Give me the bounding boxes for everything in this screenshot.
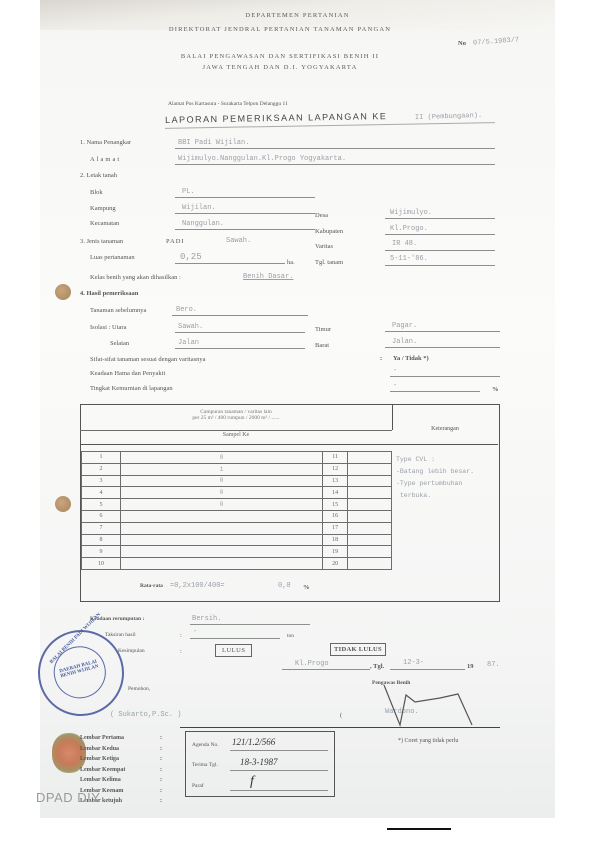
sample-number: 15 — [323, 499, 348, 511]
tidak-lulus-option: TIDAK LULUS — [330, 643, 386, 656]
table-row: 1020 — [82, 558, 392, 570]
sample-value — [121, 558, 323, 570]
address-label: Alamat — [90, 156, 121, 163]
watermark: DPAD DIY — [36, 790, 100, 805]
paraf-label: Paraf — [192, 783, 204, 789]
taksiran-label: Taksiran hasil — [105, 632, 136, 638]
isolasi-utara-value: Sawah. — [178, 323, 203, 331]
sample-value: 0 — [121, 452, 323, 464]
desa-value: Wijimulyo. — [390, 209, 432, 217]
sample-number: 14 — [323, 487, 348, 499]
hama-penyakit-value: - — [393, 367, 397, 375]
kelas-benih-label: Kelas benih yang akan dihasilkan : — [90, 274, 181, 281]
rata-rata-unit: % — [303, 584, 310, 591]
tgl-tanam-label: Tgl. tanam — [315, 259, 343, 266]
tanaman-sebelumnya-value: Bero. — [176, 306, 197, 314]
sample-value — [121, 534, 323, 546]
date-value: 12-3- — [403, 659, 424, 667]
hasil-pemeriksaan-title: 4. Hasil pemeriksaan — [80, 290, 138, 297]
directorate-heading: DIREKTORAT JENDRAL PERTANIAN TANAMAN PAN… — [0, 26, 560, 33]
kabupaten-label: Kabupaten — [315, 228, 343, 235]
tanaman-sebelumnya-label: Tanaman sebelumnya — [90, 307, 146, 314]
sample-grid: 101121123013401450156167178189191020 — [81, 451, 392, 570]
place-value: Kl.Progo — [295, 660, 329, 668]
taksiran-unit: ton — [287, 633, 294, 639]
rata-rata-formula: =0,2x100/400= — [170, 582, 225, 590]
sample-number: 12 — [323, 463, 348, 475]
sample-number: 6 — [82, 510, 121, 522]
kemurnian-value: - — [393, 382, 397, 390]
barat-label: Barat — [315, 342, 329, 349]
isolasi-selatan-label: Selatan — [110, 340, 129, 347]
rata-rata-result: 0,0 — [278, 582, 291, 590]
name-value: BBI Padi Wijilan. — [178, 139, 249, 147]
sample-number: 8 — [82, 534, 121, 546]
office-address: Alamat Pos Kartasura - Surakarta Telpon … — [168, 101, 288, 107]
sample-number: 13 — [323, 475, 348, 487]
year-value: 87. — [487, 661, 500, 669]
page-underline-bar — [387, 828, 451, 830]
pemohon-label: Pemohon, — [128, 686, 150, 692]
blok-value: PL. — [182, 188, 195, 196]
table-row: 717 — [82, 522, 392, 534]
luas-value: 0,25 — [180, 252, 202, 262]
punch-hole-top — [55, 284, 71, 300]
sample-value: 0 — [121, 475, 323, 487]
kampung-label: Kampung — [90, 205, 116, 212]
table-row: 3013 — [82, 475, 392, 487]
sample-value — [348, 510, 392, 522]
kecamatan-value: Nanggulan. — [182, 220, 224, 228]
blok-label: Blok — [90, 189, 103, 196]
kecamatan-label: Kecamatan — [90, 220, 119, 227]
table-header-cell: Campuran tanaman / varitas lain per 25 m… — [80, 404, 393, 430]
number-label: No — [458, 40, 466, 47]
isolasi-utara-label: Isolasi : Utara — [90, 324, 126, 331]
pemohon-name: ( Sukarto,P.Sc. ) — [110, 711, 181, 719]
location-title: 2. Letak tanah — [80, 172, 117, 179]
sample-value: 0 — [121, 499, 323, 511]
table-header-line2: per 25 m² / 400 rumpun / 2000 m² / .....… — [80, 415, 392, 421]
isolasi-selatan-value: Jalan — [178, 339, 199, 347]
sample-number: 1 — [82, 452, 121, 464]
kesimpulan-label: Kesimpulan — [118, 648, 145, 654]
keterangan-line: -Batang lebih besar. — [396, 466, 474, 478]
luas-label: Luas pertanaman — [90, 254, 135, 261]
jenis-tanaman-value: PADI — [166, 238, 185, 245]
ministry-heading: DEPARTEMEN PERTANIAN — [0, 12, 595, 19]
sample-number: 11 — [323, 452, 348, 464]
punch-hole-bottom — [55, 496, 71, 512]
keterangan-line: terbuka. — [396, 490, 474, 502]
sample-value — [348, 522, 392, 534]
year-prefix: 19 — [467, 663, 474, 670]
barat-value: Jalan. — [392, 338, 417, 346]
distribution-item: Lembar Keempat: — [80, 765, 162, 776]
office-heading-line2: JAWA TENGAH DAN D.I. YOGYAKARTA — [0, 64, 560, 71]
taksiran-value: - — [193, 628, 197, 636]
luas-unit: ha. — [287, 259, 295, 266]
sample-value — [348, 475, 392, 487]
keterangan-line: Type CVL : — [396, 454, 474, 466]
distribution-item: Lembar Kedua: — [80, 744, 162, 755]
kabupaten-value: Kl.Progo. — [390, 225, 428, 233]
jenis-tanaman-extra: Sawah. — [226, 237, 251, 245]
sample-number: 10 — [82, 558, 121, 570]
sample-value — [121, 546, 323, 558]
kemurnian-unit: % — [492, 386, 499, 393]
table-row: 1011 — [82, 452, 392, 464]
tgl-tanam-value: 5-11-'86. — [390, 255, 428, 263]
keterangan-line: -Type pertumbuhan — [396, 478, 474, 490]
table-row: 818 — [82, 534, 392, 546]
signature-pengawas — [380, 680, 500, 730]
sample-number: 3 — [82, 475, 121, 487]
kemurnian-label: Tingkat Kemurnian di lapangan — [90, 385, 173, 392]
table-row: 616 — [82, 510, 392, 522]
sample-number: 4 — [82, 487, 121, 499]
timur-value: Pagar. — [392, 322, 417, 330]
hama-penyakit-label: Keadaan Hama dan Penyakit — [90, 370, 165, 377]
sample-number: 7 — [82, 522, 121, 534]
sample-number: 2 — [82, 463, 121, 475]
sifat-tanaman-label: Sifat-sifat tanaman sesuai dengan varita… — [90, 356, 206, 363]
sample-value: 0 — [121, 487, 323, 499]
sample-value — [348, 558, 392, 570]
agenda-value: 121/1.2/566 — [232, 737, 275, 747]
date-label: , Tgl. — [370, 663, 384, 670]
sample-value: 1 — [121, 463, 323, 475]
sifat-tanaman-colon: : — [380, 355, 382, 362]
agenda-label: Agenda No. — [192, 742, 219, 748]
sample-number: 16 — [323, 510, 348, 522]
sample-value — [348, 463, 392, 475]
terima-value: 18-3-1987 — [240, 757, 278, 767]
varitas-value: IR 48. — [392, 240, 417, 248]
lulus-option: LULUS — [215, 644, 252, 657]
name-label: 1. Nama Penangkar — [80, 139, 131, 146]
sample-value — [348, 487, 392, 499]
sample-number: 9 — [82, 546, 121, 558]
address-value: Wijimulyo.Nanggulan.Kl.Progo Yogyakarta. — [178, 155, 346, 163]
sampel-ke-label: Sampel Ke — [80, 432, 392, 438]
rata-rata-label: Rata-rata — [140, 583, 163, 589]
paraf-value: f — [250, 774, 254, 790]
sample-value — [348, 534, 392, 546]
sample-value — [348, 546, 392, 558]
desa-label: Desa — [315, 212, 328, 219]
office-heading-line1: BALAI PENGAWASAN DAN SERTIFIKASI BENIH I… — [0, 53, 560, 60]
distribution-item: Lembar Ketiga: — [80, 754, 162, 765]
terima-label: Terima Tgl. — [192, 762, 218, 768]
kampung-value: Wijilan. — [182, 204, 216, 212]
sample-value — [121, 510, 323, 522]
rerumputan-value: Bersih. — [192, 615, 221, 623]
footnote: *) Coret yang tidak perlu — [398, 738, 458, 744]
jenis-tanaman-label: 3. Jenis tanaman — [80, 238, 123, 245]
sample-number: 5 — [82, 499, 121, 511]
sample-value — [348, 499, 392, 511]
sample-number: 20 — [323, 558, 348, 570]
timur-label: Timur — [315, 326, 331, 333]
table-row: 2112 — [82, 463, 392, 475]
table-row: 919 — [82, 546, 392, 558]
distribution-item: Lembar Kelima: — [80, 775, 162, 786]
table-row: 4014 — [82, 487, 392, 499]
sample-number: 18 — [323, 534, 348, 546]
sifat-tanaman-value: Ya / Tidak *) — [393, 355, 429, 362]
sample-value — [121, 522, 323, 534]
table-row: 5015 — [82, 499, 392, 511]
sample-value — [348, 452, 392, 464]
varitas-label: Varitas — [315, 243, 333, 250]
keterangan-header: Keterangan — [392, 426, 498, 432]
sample-number: 19 — [323, 546, 348, 558]
kelas-benih-value: Benih Dasar. — [243, 273, 293, 281]
sample-number: 17 — [323, 522, 348, 534]
distribution-item: Lembar Pertama: — [80, 733, 162, 744]
keterangan-notes: Type CVL :-Batang lebih besar.-Type pert… — [396, 454, 474, 502]
